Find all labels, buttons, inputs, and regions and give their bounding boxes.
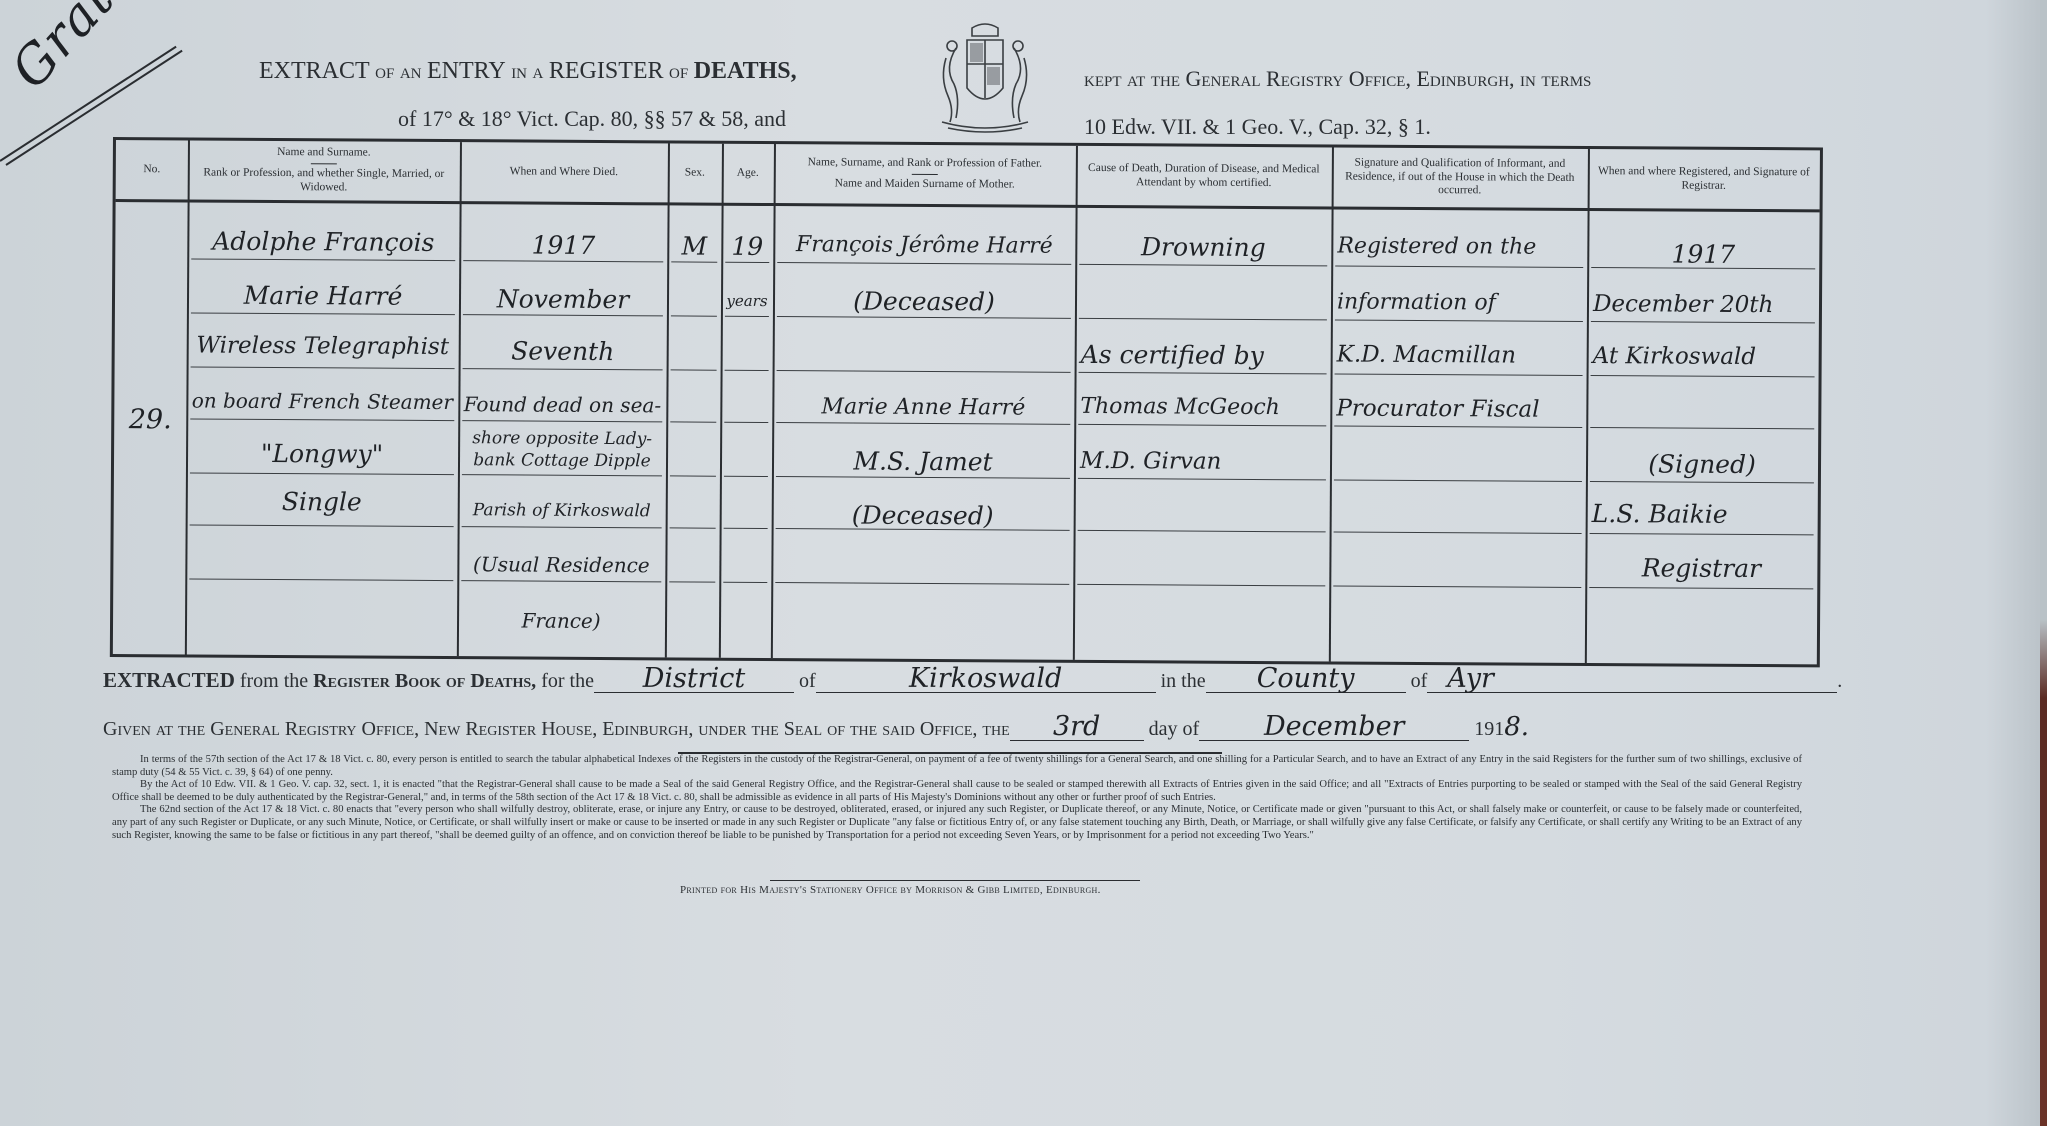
header-act-left: of 17° & 18° Vict. Cap. 80, §§ 57 & 58, … xyxy=(398,106,786,132)
profession-line-2: on board French Steamer xyxy=(186,388,458,414)
county-type-field: County xyxy=(1206,666,1406,693)
month-field: December xyxy=(1199,714,1469,741)
usual-residence-country: France) xyxy=(457,608,665,633)
entry-number: 29. xyxy=(114,404,186,435)
column-header: Cause of Death, Duration of Disease, and… xyxy=(1076,146,1332,210)
registrar-signature: L.S. Baikie xyxy=(1586,499,1818,529)
legal-paragraph-offence: The 62nd section of the Act 17 & 18 Vict… xyxy=(112,804,1802,842)
column-header: Signature and Qualification of Informant… xyxy=(1332,147,1588,211)
header-title-right: kept at the General Registry Office, Edi… xyxy=(1084,66,1591,92)
medical-attendant-location: M.D. Girvan xyxy=(1074,448,1330,476)
signed-label: (Signed) xyxy=(1586,449,1818,479)
gratis-stamp: Gratis. xyxy=(0,0,168,100)
header-title-left: EXTRACT of an ENTRY in a REGISTER of DEA… xyxy=(259,58,797,85)
column-header: When and Where Died. xyxy=(460,142,668,205)
informant-line-2: information of xyxy=(1331,289,1587,316)
column-header: No. xyxy=(116,140,188,202)
given-statement: Given at the General Registry Office, Ne… xyxy=(103,712,1529,742)
mother-name: Marie Anne Harré xyxy=(772,394,1074,421)
extracted-statement: EXTRACTED from the Register Book of Deat… xyxy=(103,666,1842,693)
age-unit: years xyxy=(721,292,773,310)
ship-name: "Longwy" xyxy=(186,438,458,469)
column-name: Name and Surname. Rank or Profession, an… xyxy=(185,140,462,656)
royal-coat-of-arms-icon xyxy=(934,18,1036,136)
registration-date: December 20th xyxy=(1587,291,1819,318)
district-name-field: Kirkoswald xyxy=(816,666,1156,693)
death-place-1: Found dead on sea- xyxy=(458,392,666,417)
column-header: Sex. xyxy=(668,143,722,205)
column-informant: Signature and Qualification of Informant… xyxy=(1329,147,1590,663)
county-name-field: Ayr xyxy=(1427,666,1837,693)
death-day: Seventh xyxy=(459,336,667,366)
column-header: When and where Registered, and Signature… xyxy=(1588,149,1820,212)
death-place-3: bank Cottage Dipple xyxy=(458,450,666,471)
column-cause: Cause of Death, Duration of Disease, and… xyxy=(1073,146,1334,662)
register-table: No. 29. Name and Surname. Rank or Profes… xyxy=(110,137,1823,667)
informant-qualification: Procurator Fiscal xyxy=(1330,395,1586,423)
death-parish: Parish of Kirkoswald xyxy=(458,500,666,521)
father-name: François Jérôme Harré xyxy=(773,232,1075,259)
certified-by-label: As certified by xyxy=(1075,340,1331,371)
page-edge xyxy=(2040,0,2047,1126)
legal-paragraph-search: In terms of the 57th section of the Act … xyxy=(112,754,1802,779)
father-status: (Deceased) xyxy=(773,286,1075,317)
legal-notice: In terms of the 57th section of the Act … xyxy=(112,754,1802,842)
registration-year: 1917 xyxy=(1587,239,1819,269)
printer-imprint: Printed for His Majesty's Stationery Off… xyxy=(680,884,1101,896)
column-header: Age. xyxy=(722,144,774,206)
district-type-field: District xyxy=(594,666,794,693)
death-year: 1917 xyxy=(459,230,667,260)
age-value: 19 xyxy=(721,232,773,261)
marital-status: Single xyxy=(186,486,458,517)
year-suffix: 8. xyxy=(1504,712,1529,742)
usual-residence: (Usual Residence xyxy=(457,552,665,577)
registrar-title: Registrar xyxy=(1585,553,1817,583)
column-header: Name and Surname. Rank or Profession, an… xyxy=(188,140,460,204)
day-field: 3rd xyxy=(1010,714,1144,741)
column-sex: Sex. M xyxy=(665,143,724,657)
column-age: Age. 19 years xyxy=(719,144,776,658)
column-when-where: When and Where Died. 1917 November Seven… xyxy=(457,142,670,657)
header-act-right: 10 Edw. VII. & 1 Geo. V., Cap. 32, § 1. xyxy=(1084,114,1431,140)
mother-maiden-name: M.S. Jamet xyxy=(772,446,1074,477)
column-parents: Name, Surname, and Rank or Profession of… xyxy=(771,144,1078,660)
legal-paragraph-seal: By the Act of 10 Edw. VII. & 1 Geo. V. c… xyxy=(112,779,1802,804)
death-month: November xyxy=(459,284,667,314)
death-place-2: shore opposite Lady- xyxy=(458,428,666,449)
mother-status: (Deceased) xyxy=(772,500,1074,531)
column-header: Name, Surname, and Rank or Profession of… xyxy=(774,144,1076,208)
informant-name: K.D. Macmillan xyxy=(1331,341,1587,369)
cause-of-death: Drowning xyxy=(1075,232,1331,263)
sex-value: M xyxy=(667,231,721,260)
column-registered: When and where Registered, and Signature… xyxy=(1585,149,1820,664)
registration-place: At Kirkoswald xyxy=(1587,343,1819,370)
medical-attendant: Thomas McGeoch xyxy=(1074,394,1330,421)
divider-rule xyxy=(770,880,1140,881)
name-line-2: Marie Harré xyxy=(187,280,459,311)
informant-line-1: Registered on the xyxy=(1331,233,1587,260)
name-line-1: Adolphe François xyxy=(187,226,459,257)
column-no: No. 29. xyxy=(113,140,190,654)
profession-line: Wireless Telegraphist xyxy=(187,332,459,360)
